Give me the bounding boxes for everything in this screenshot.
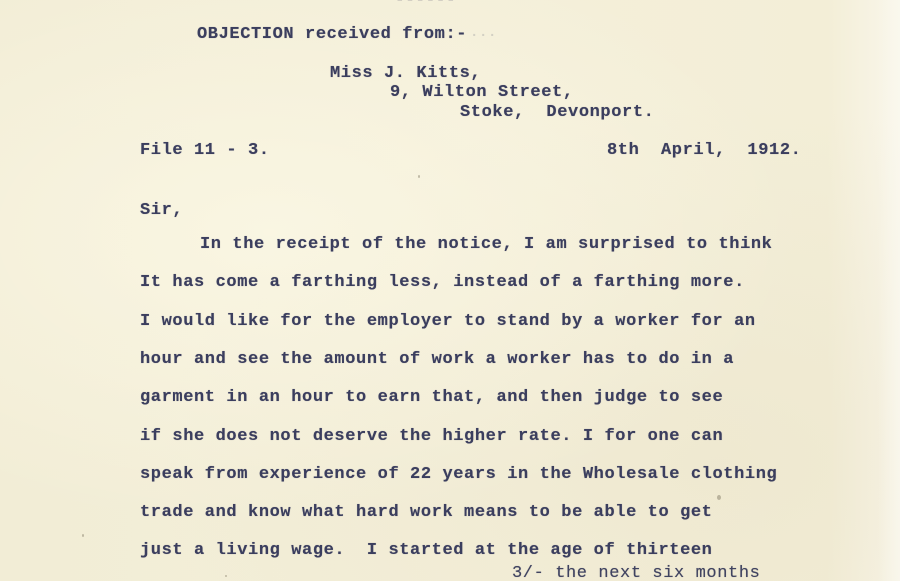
file-reference: File 11 - 3. <box>140 142 270 159</box>
body-line: if she does not deserve the higher rate.… <box>140 428 723 445</box>
cut-off-top-text: ------ <box>395 0 456 8</box>
paper-speck <box>717 495 721 500</box>
handwritten-insertion-line: 3/- the next six months <box>512 565 760 581</box>
paper-speck <box>225 575 227 577</box>
paper-speck <box>82 534 84 537</box>
salutation: Sir, <box>140 202 183 219</box>
paper-edge <box>878 0 900 581</box>
body-line: garment in an hour to earn that, and the… <box>140 389 723 406</box>
body-line: just a living wage. I started at the age… <box>140 542 713 559</box>
sender-name: Miss J. Kitts, <box>330 65 481 82</box>
body-line: speak from experience of 22 years in the… <box>140 466 777 483</box>
faint-bleed-through-text: ... <box>470 26 497 40</box>
body-line: hour and see the amount of work a worker… <box>140 351 734 368</box>
body-line: It has come a farthing less, instead of … <box>140 274 745 291</box>
document-heading: OBJECTION received from:- <box>197 26 467 43</box>
letter-date: 8th April, 1912. <box>607 142 801 159</box>
body-line: In the receipt of the notice, I am surpr… <box>200 236 773 253</box>
sender-town: Stoke, Devonport. <box>460 104 654 121</box>
sender-street: 9, Wilton Street, <box>390 84 574 101</box>
body-line: I would like for the employer to stand b… <box>140 313 756 330</box>
paper-speck <box>418 175 420 178</box>
body-line: trade and know what hard work means to b… <box>140 504 713 521</box>
